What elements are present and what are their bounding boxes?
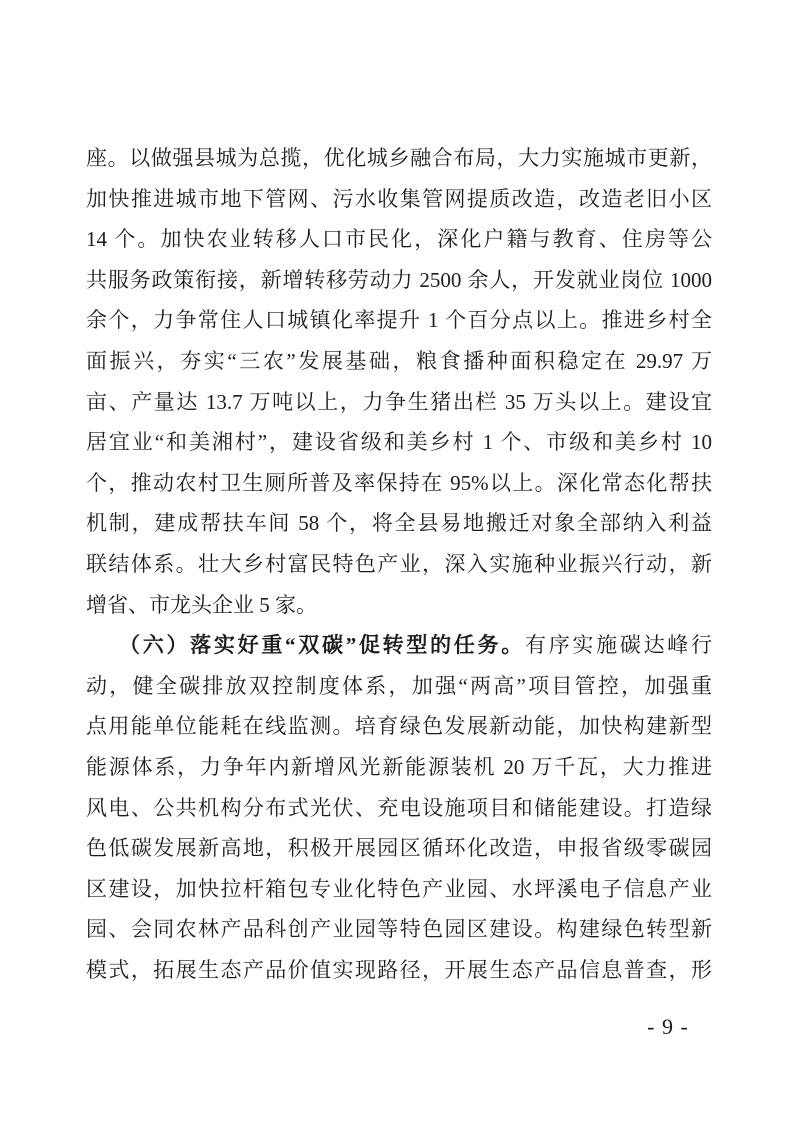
text-segment: 色低碳发展新高地，积极开展园区循环化改造，申报省级零碳园 (86, 836, 712, 860)
text-line: （六）落实好重“双碳”促转型的任务。有序实施碳达峰行 (86, 625, 712, 666)
text-segment: 居宜业“和美湘村”，建设省级和美乡村 1 个、市级和美乡村 10 (86, 430, 712, 454)
page-number: - 9 - (628, 1012, 708, 1042)
text-line: 座。以做强县城为总揽，优化城乡融合布局，大力实施城市更新， (86, 138, 712, 179)
text-segment: 联结体系。壮大乡村富民特色产业，深入实施种业振兴行动，新 (86, 552, 712, 576)
text-line: 动，健全碳排放双控制度体系，加强“两高”项目管控，加强重 (86, 666, 712, 707)
text-line: 机制，建成帮扶车间 58 个，将全县易地搬迁对象全部纳入利益 (86, 503, 712, 544)
text-segment: 能源体系，力争年内新增风光新能源装机 20 万千瓦，大力推进 (86, 755, 712, 779)
text-segment: 区建设，加快拉杆箱包专业化特色产业园、水坪溪电子信息产业 (86, 877, 712, 901)
text-line: 色低碳发展新高地，积极开展园区循环化改造，申报省级零碳园 (86, 828, 712, 869)
text-line: 14 个。加快农业转移人口市民化，深化户籍与教育、住房等公 (86, 219, 712, 260)
text-line: 增省、市龙头企业 5 家。 (86, 585, 712, 626)
text-segment: 风电、公共机构分布式光伏、充电设施项目和储能建设。打造绿 (86, 796, 712, 820)
text-line: 加快推进城市地下管网、污水收集管网提质改造，改造老旧小区 (86, 179, 712, 220)
text-line: 联结体系。壮大乡村富民特色产业，深入实施种业振兴行动，新 (86, 544, 712, 585)
text-line: 园、会同农林产品科创产业园等特色园区建设。构建绿色转型新 (86, 909, 712, 950)
text-segment: 面振兴，夯实“三农”发展基础，粮食播种面积稳定在 29.97 万 (86, 349, 712, 373)
text-line: 能源体系，力争年内新增风光新能源装机 20 万千瓦，大力推进 (86, 747, 712, 788)
text-segment: 模式，拓展生态产品价值实现路径，开展生态产品信息普查，形 (86, 958, 712, 982)
text-segment: 共服务政策衔接，新增转移劳动力 2500 余人，开发就业岗位 1000 (86, 268, 712, 292)
text-line: 共服务政策衔接，新增转移劳动力 2500 余人，开发就业岗位 1000 (86, 260, 712, 301)
text-segment: 有序实施碳达峰行 (525, 633, 712, 657)
text-line: 余个，力争常住人口城镇化率提升 1 个百分点以上。推进乡村全 (86, 300, 712, 341)
text-line: 个，推动农村卫生厕所普及率保持在 95%以上。深化常态化帮扶 (86, 463, 712, 504)
text-segment: 14 个。加快农业转移人口市民化，深化户籍与教育、住房等公 (86, 227, 712, 251)
text-line: 区建设，加快拉杆箱包专业化特色产业园、水坪溪电子信息产业 (86, 869, 712, 910)
text-segment: 动，健全碳排放双控制度体系，加强“两高”项目管控，加强重 (86, 674, 712, 698)
text-line: 面振兴，夯实“三农”发展基础，粮食播种面积稳定在 29.97 万 (86, 341, 712, 382)
text-segment: 点用能单位能耗在线监测。培育绿色发展新动能，加快构建新型 (86, 714, 712, 738)
section-heading-segment: （六）落实好重“双碳”促转型的任务。 (119, 633, 525, 657)
text-segment: 园、会同农林产品科创产业园等特色园区建设。构建绿色转型新 (86, 917, 712, 941)
document-body: 座。以做强县城为总揽，优化城乡融合布局，大力实施城市更新，加快推进城市地下管网、… (86, 138, 712, 990)
text-line: 居宜业“和美湘村”，建设省级和美乡村 1 个、市级和美乡村 10 (86, 422, 712, 463)
text-segment: 增省、市龙头企业 5 家。 (86, 593, 317, 617)
text-line: 模式，拓展生态产品价值实现路径，开展生态产品信息普查，形 (86, 950, 712, 991)
text-segment: 加快推进城市地下管网、污水收集管网提质改造，改造老旧小区 (86, 187, 712, 211)
text-segment: 余个，力争常住人口城镇化率提升 1 个百分点以上。推进乡村全 (86, 308, 712, 332)
text-segment: 亩、产量达 13.7 万吨以上，力争生猪出栏 35 万头以上。建设宜 (86, 390, 712, 414)
text-segment: 个，推动农村卫生厕所普及率保持在 95%以上。深化常态化帮扶 (86, 471, 712, 495)
text-line: 风电、公共机构分布式光伏、充电设施项目和储能建设。打造绿 (86, 788, 712, 829)
text-segment: 机制，建成帮扶车间 58 个，将全县易地搬迁对象全部纳入利益 (86, 511, 712, 535)
document-page: 座。以做强县城为总揽，优化城乡融合布局，大力实施城市更新，加快推进城市地下管网、… (0, 0, 793, 1122)
text-line: 点用能单位能耗在线监测。培育绿色发展新动能，加快构建新型 (86, 706, 712, 747)
text-line: 亩、产量达 13.7 万吨以上，力争生猪出栏 35 万头以上。建设宜 (86, 382, 712, 423)
text-segment: 座。以做强县城为总揽，优化城乡融合布局，大力实施城市更新， (86, 146, 712, 170)
